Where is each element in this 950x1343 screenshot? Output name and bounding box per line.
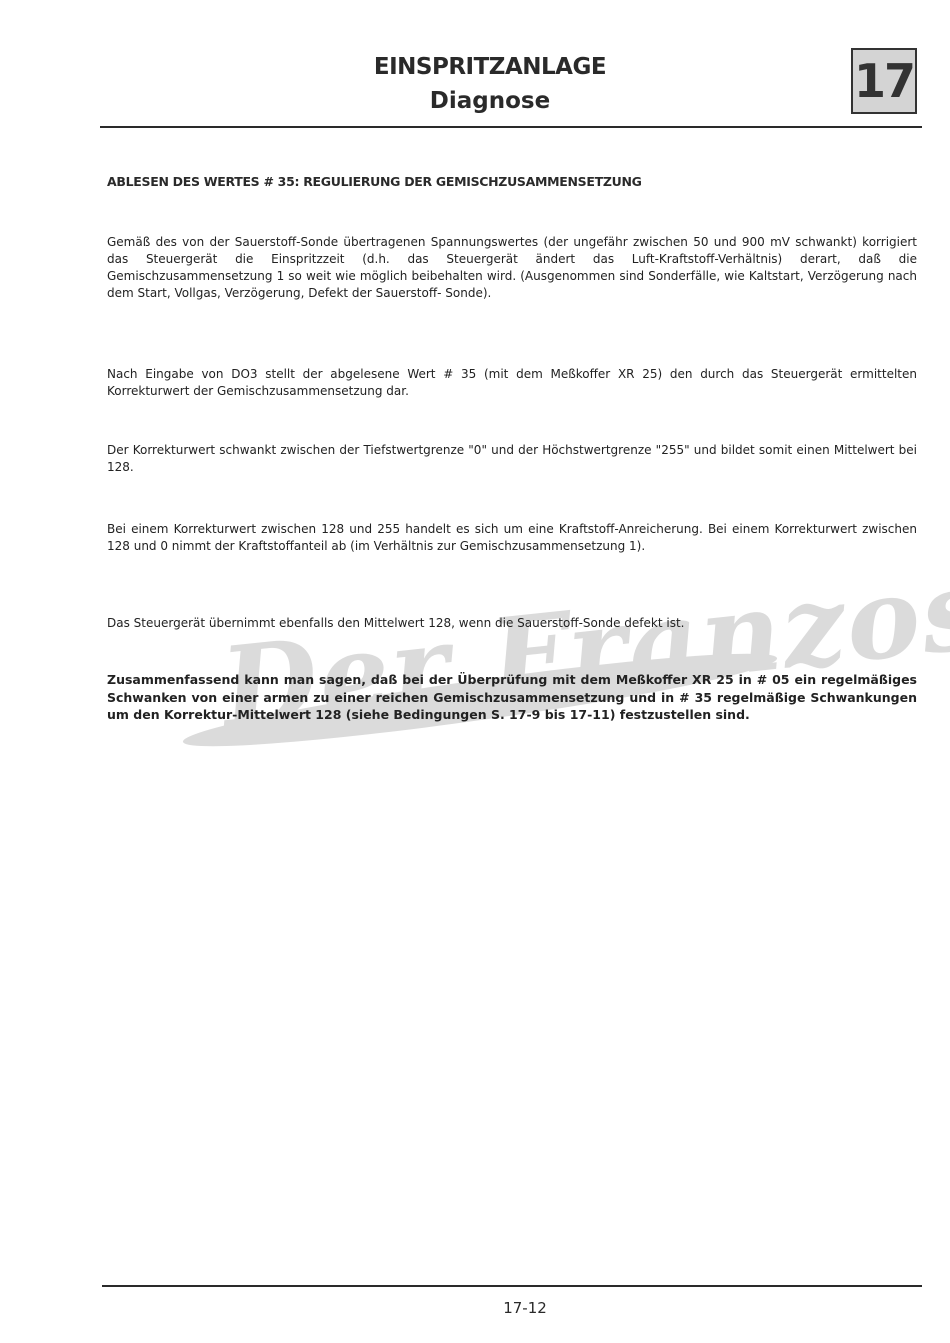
paragraph-value-range: Der Korrekturwert schwankt zwischen der …: [107, 442, 917, 476]
paragraph-summary: Zusammenfassend kann man sagen, daß bei …: [107, 671, 917, 724]
paragraph-sensor-defect: Das Steuergerät übernimmt ebenfalls den …: [107, 615, 917, 632]
header-divider: [100, 126, 922, 128]
paragraph-enrichment: Bei einem Korrekturwert zwischen 128 und…: [107, 521, 917, 555]
watermark: Der Franzose: [180, 570, 800, 770]
section-heading: ABLESEN DES WERTES # 35: REGULIERUNG DER…: [107, 174, 642, 189]
page-subtitle: Diagnose: [340, 86, 640, 116]
paragraph-sensor-correction: Gemäß des von der Sauerstoff-Sonde übert…: [107, 234, 917, 302]
page-number: 17-12: [470, 1299, 580, 1317]
page-title: EINSPRITZANLAGE: [340, 52, 640, 82]
paragraph-d03-reading: Nach Eingabe von DO3 stellt der abgelese…: [107, 366, 917, 400]
footer-divider: [102, 1285, 922, 1287]
chapter-number-box: 17: [851, 48, 917, 114]
